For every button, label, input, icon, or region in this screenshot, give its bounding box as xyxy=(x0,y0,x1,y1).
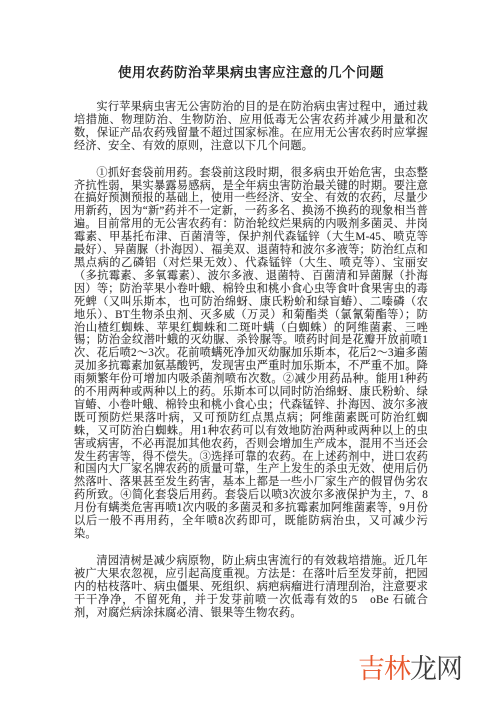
logo-text-longwang: 龙网 xyxy=(410,654,462,684)
logo-text-jilin: 吉林 xyxy=(358,654,410,684)
paragraph-orchard-cleaning: 清园清树是减少病原物，防止病虫害流行的有效栽培措施。近几年被广大果农忽视，应引起… xyxy=(74,555,428,620)
jilinlong-watermark-logo: 吉林龙网 xyxy=(358,656,462,683)
document-title: 使用农药防治苹果病虫害应注意的几个问题 xyxy=(74,61,428,81)
document-page: 使用农药防治苹果病虫害应注意的几个问题 实行苹果病虫害无公害防治的目的是在防治病… xyxy=(0,0,500,707)
paragraph-intro: 实行苹果病虫害无公害防治的目的是在防治病虫害过程中，通过栽培措施、物理防治、生物… xyxy=(74,101,428,153)
paragraph-numbered-points: ①抓好套袋前用药。套袋前这段时期，很多病虫开始危害，虫态整齐抗性弱，果实暴露易感… xyxy=(74,167,428,541)
